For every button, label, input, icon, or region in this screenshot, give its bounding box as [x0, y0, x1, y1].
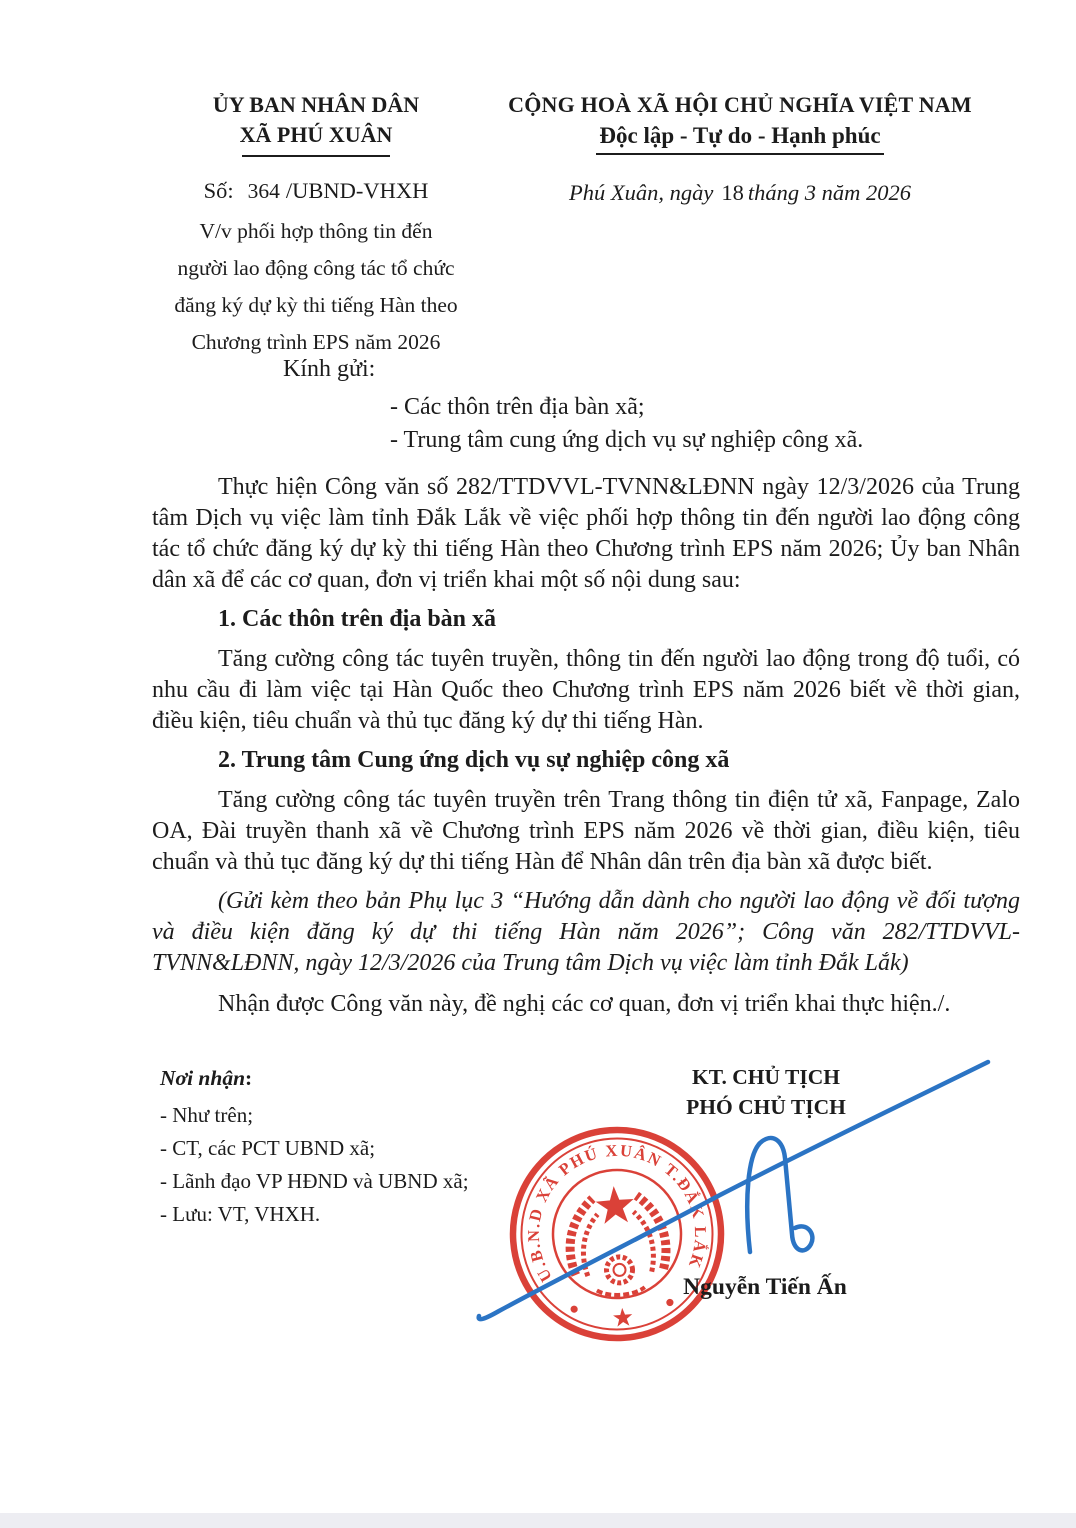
distribution-item: - Lãnh đạo VP HĐND và UBND xã;	[160, 1165, 469, 1198]
document-number-value: 364	[234, 179, 286, 203]
distribution-label-text: Nơi nhận	[160, 1066, 245, 1090]
body-paragraph-2: Tăng cường công tác tuyên truyền, thông …	[152, 644, 1020, 737]
issuer-name-line2: XÃ PHÚ XUÂN	[148, 120, 484, 150]
subject-line: người lao động công tác tổ chức	[148, 250, 484, 287]
body-paragraph-3: Tăng cường công tác tuyên truyền trên Tr…	[152, 785, 1020, 878]
distribution-items: - Như trên; - CT, các PCT UBND xã; - Lãn…	[160, 1099, 469, 1231]
distribution-label: Nơi nhận:	[160, 1066, 469, 1091]
subject-line: đăng ký dự kỳ thi tiếng Hàn theo	[148, 287, 484, 324]
bottom-gray-bar	[0, 1513, 1076, 1528]
document-number-line: Số:364/UBND-VHXH	[148, 178, 484, 204]
issuer-name-line1: ỦY BAN NHÂN DÂN	[148, 90, 484, 120]
national-motto-line2: Độc lập - Tự do - Hạnh phúc	[596, 121, 883, 155]
place-date-rest: tháng 3 năm 2026	[748, 180, 911, 205]
document-number-label: Số:	[204, 178, 234, 203]
section-heading-2: 2. Trung tâm Cung ứng dịch vụ sự nghiệp …	[152, 745, 1020, 776]
letter-body: Thực hiện Công văn số 282/TTDVVL-TVNN&LĐ…	[152, 472, 1020, 1028]
document-number-suffix: /UBND-VHXH	[286, 178, 429, 203]
official-letter-page: ỦY BAN NHÂN DÂN XÃ PHÚ XUÂN Số:364/UBND-…	[0, 0, 1076, 1528]
place-date-day: 18	[713, 180, 748, 205]
distribution-block: Nơi nhận: - Như trên; - CT, các PCT UBND…	[160, 1066, 469, 1231]
national-header-block: CỘNG HOÀ XÃ HỘI CHỦ NGHĨA VIỆT NAM Độc l…	[466, 90, 1014, 206]
subject-line: V/v phối hợp thông tin đến	[148, 213, 484, 250]
recipient-item: - Các thôn trên địa bàn xã;	[390, 391, 863, 424]
salutation: Kính gửi:	[283, 356, 375, 383]
signer-name: Nguyễn Tiến Ấn	[630, 1274, 900, 1301]
place-date-prefix: Phú Xuân, ngày	[569, 180, 713, 205]
section-heading-1: 1. Các thôn trên địa bàn xã	[152, 604, 1020, 635]
issuer-underline	[242, 155, 390, 157]
national-motto-line1: CỘNG HOÀ XÃ HỘI CHỦ NGHĨA VIỆT NAM	[466, 90, 1014, 120]
issuer-block: ỦY BAN NHÂN DÂN XÃ PHÚ XUÂN Số:364/UBND-…	[148, 90, 484, 361]
distribution-item: - Như trên;	[160, 1099, 469, 1132]
document-subject: V/v phối hợp thông tin đến người lao độn…	[148, 213, 484, 361]
body-paragraph-1: Thực hiện Công văn số 282/TTDVVL-TVNN&LĐ…	[152, 472, 1020, 596]
distribution-item: - CT, các PCT UBND xã;	[160, 1132, 469, 1165]
distribution-item: - Lưu: VT, VHXH.	[160, 1198, 469, 1231]
place-date-line: Phú Xuân, ngày18tháng 3 năm 2026	[466, 180, 1014, 206]
recipient-list: - Các thôn trên địa bàn xã; - Trung tâm …	[390, 391, 863, 457]
recipient-item: - Trung tâm cung ứng dịch vụ sự nghiệp c…	[390, 424, 863, 457]
attachment-note-paragraph: (Gửi kèm theo bản Phụ lục 3 “Hướng dẫn d…	[152, 886, 1020, 979]
closing-paragraph: Nhận được Công văn này, đề nghị các cơ q…	[152, 989, 1020, 1020]
distribution-label-colon: :	[245, 1066, 252, 1090]
